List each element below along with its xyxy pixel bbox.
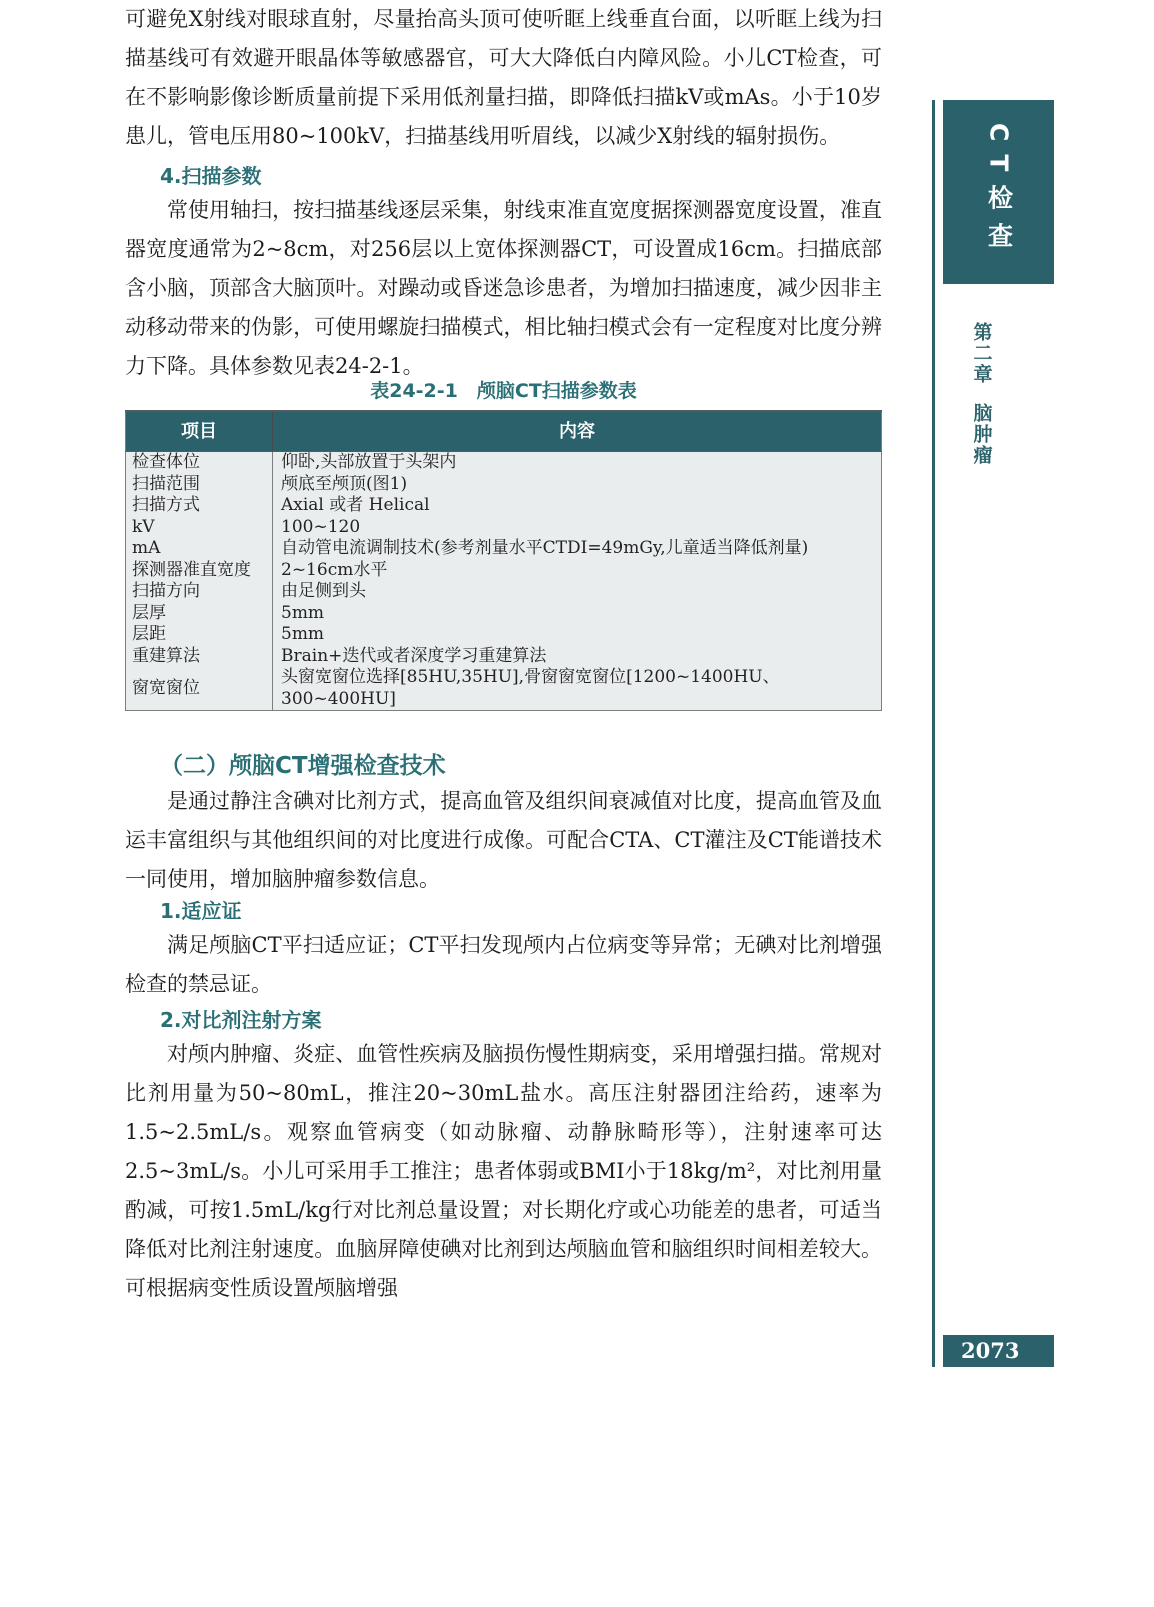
row-label: 扫描范围: [126, 474, 273, 496]
row-value: Axial 或者 Helical: [273, 495, 882, 517]
paragraph-intro: 可避免X射线对眼球直射，尽量抬高头顶可使听眶上线垂直台面，以听眶上线为扫描基线可…: [125, 0, 882, 156]
row-label: 窗宽窗位: [126, 667, 273, 711]
table-row: 探测器准直宽度 2~16cm水平: [126, 560, 882, 582]
row-label: 扫描方向: [126, 581, 273, 603]
table-row: 扫描范围 颅底至颅顶(图1): [126, 474, 882, 496]
chapter-tab-ct-exam: CT检查: [943, 100, 1054, 284]
page-number: 2073: [961, 1338, 1019, 1363]
heading-indications: 1.适应证: [125, 896, 882, 926]
sidebar-vertical-rule: [932, 100, 935, 1367]
chapter-marginalia: 第二章 脑肿瘤: [958, 322, 1006, 466]
table-row: 窗宽窗位 头窗宽窗位选择[85HU,35HU],骨窗窗宽窗位[1200~1400…: [126, 667, 882, 711]
row-label: 检查体位: [126, 452, 273, 474]
row-label: 探测器准直宽度: [126, 560, 273, 582]
table-header-row: 项目 内容: [126, 411, 882, 452]
row-label: 层厚: [126, 603, 273, 625]
table-row: 检查体位 仰卧,头部放置于头架内: [126, 452, 882, 474]
row-value: 5mm: [273, 603, 882, 625]
row-value: Brain+迭代或者深度学习重建算法: [273, 646, 882, 668]
ct-scan-parameters-table: 项目 内容 检查体位 仰卧,头部放置于头架内 扫描范围 颅底至颅顶(图1) 扫描…: [125, 410, 882, 711]
paragraph-injection-plan: 对颅内肿瘤、炎症、血管性疾病及脑损伤慢性期病变，采用增强扫描。常规对比剂用量为5…: [125, 1035, 882, 1308]
row-value: 头窗宽窗位选择[85HU,35HU],骨窗窗宽窗位[1200~1400HU、30…: [273, 667, 882, 711]
table-row: 扫描方式 Axial 或者 Helical: [126, 495, 882, 517]
heading-injection-plan: 2.对比剂注射方案: [125, 1005, 882, 1035]
row-value: 2~16cm水平: [273, 560, 882, 582]
page-body: 可避免X射线对眼球直射，尽量抬高头顶可使听眶上线垂直台面，以听眶上线为扫描基线可…: [125, 0, 882, 1308]
paragraph-indications: 满足颅脑CT平扫适应证；CT平扫发现颅内占位病变等异常；无碘对比剂增强检查的禁忌…: [125, 926, 882, 1004]
table-row: 扫描方向 由足侧到头: [126, 581, 882, 603]
page-number-badge: 2073: [943, 1335, 1054, 1367]
paragraph-enhanced-ct: 是通过静注含碘对比剂方式，提高血管及组织间衰减值对比度，提高血管及血运丰富组织与…: [125, 782, 882, 899]
row-value: 由足侧到头: [273, 581, 882, 603]
table-header-content: 内容: [273, 411, 882, 452]
row-value: 自动管电流调制技术(参考剂量水平CTDI=49mGy,儿童适当降低剂量): [273, 538, 882, 560]
row-value: 仰卧,头部放置于头架内: [273, 452, 882, 474]
row-label: 层距: [126, 624, 273, 646]
row-label: 重建算法: [126, 646, 273, 668]
row-label: kV: [126, 517, 273, 539]
row-label: mA: [126, 538, 273, 560]
heading-scan-parameters: 4.扫描参数: [125, 161, 882, 191]
row-value: 颅底至颅顶(图1): [273, 474, 882, 496]
chapter-number: 第二章: [969, 322, 996, 385]
row-label: 扫描方式: [126, 495, 273, 517]
table-row: 层距 5mm: [126, 624, 882, 646]
table-row: kV 100~120: [126, 517, 882, 539]
paragraph-scan-parameters: 常使用轴扫，按扫描基线逐层采集，射线束准直宽度据探测器宽度设置，准直器宽度通常为…: [125, 191, 882, 386]
table-row: 重建算法 Brain+迭代或者深度学习重建算法: [126, 646, 882, 668]
row-value: 5mm: [273, 624, 882, 646]
chapter-title: 脑肿瘤: [969, 403, 996, 466]
table-header-item: 项目: [126, 411, 273, 452]
heading-enhanced-ct: （二）颅脑CT增强检查技术: [125, 750, 882, 782]
table-row: 层厚 5mm: [126, 603, 882, 625]
table-row: mA 自动管电流调制技术(参考剂量水平CTDI=49mGy,儿童适当降低剂量): [126, 538, 882, 560]
chapter-tab-label: CT检查: [981, 123, 1017, 260]
row-value: 100~120: [273, 517, 882, 539]
